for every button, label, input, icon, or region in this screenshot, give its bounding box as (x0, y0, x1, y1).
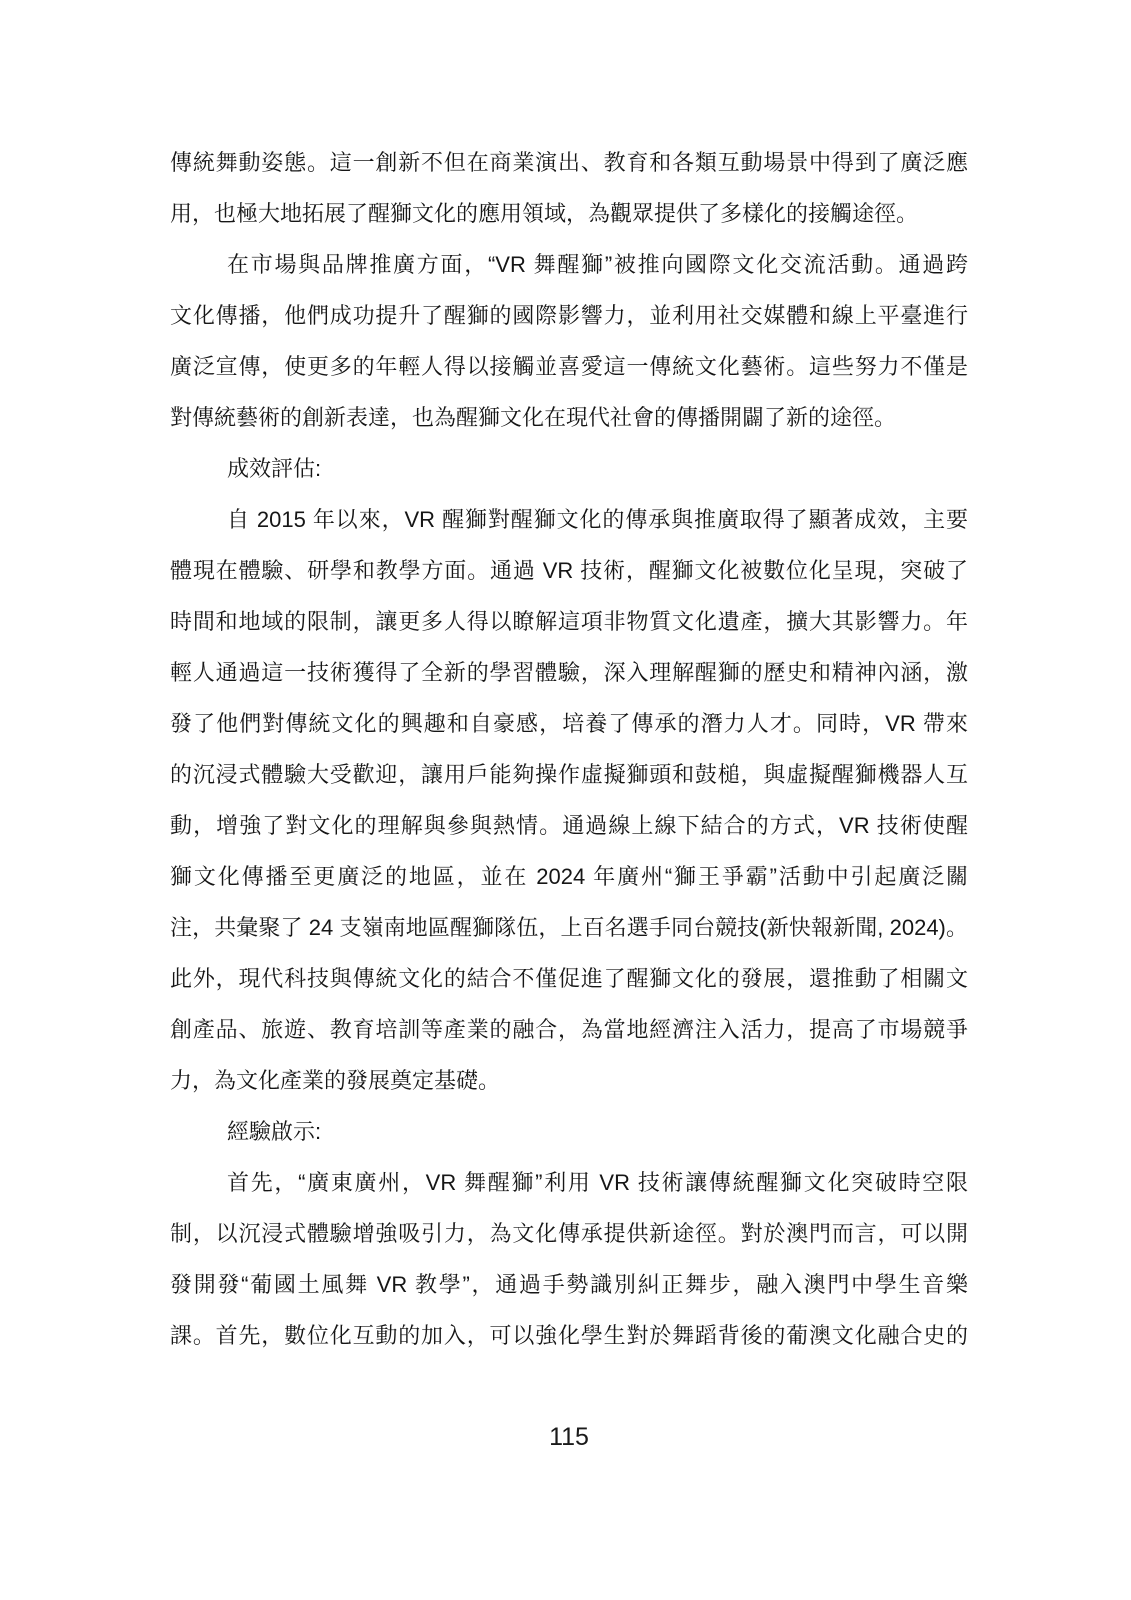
text-line: 發了他們對傳統文化的興趣和自豪感，培養了傳承的潛力人才。同時，VR 帶來 (170, 698, 968, 749)
page-footer: 115 (170, 1422, 968, 1452)
text-line: 注，共彙聚了 24 支嶺南地區醒獅隊伍，上百名選手同台競技(新快報新聞, 202… (170, 902, 968, 953)
text-line: 課。首先，數位化互動的加入，可以強化學生對於舞蹈背後的葡澳文化融合史的 (170, 1310, 968, 1361)
text-line: 自 2015 年以來，VR 醒獅對醒獅文化的傳承與推廣取得了顯著成效，主要 (170, 494, 968, 545)
text-line: 體現在體驗、研學和教學方面。通過 VR 技術，醒獅文化被數位化呈現，突破了 (170, 545, 968, 596)
text-line: 的沉浸式體驗大受歡迎，讓用戶能夠操作虛擬獅頭和鼓槌，與虛擬醒獅機器人互 (170, 749, 968, 800)
text-line: 發開發“葡國土風舞 VR 教學”，通過手勢識別糾正舞步，融入澳門中學生音樂 (170, 1259, 968, 1310)
text-line: 此外，現代科技與傳統文化的結合不僅促進了醒獅文化的發展，還推動了相關文 (170, 953, 968, 1004)
text-line: 力，為文化產業的發展奠定基礎。 (170, 1055, 968, 1106)
text-line: 獅文化傳播至更廣泛的地區，並在 2024 年廣州“獅王爭霸”活動中引起廣泛關 (170, 851, 968, 902)
page-number: 115 (549, 1423, 589, 1451)
text-line: 對傳統藝術的創新表達，也為醒獅文化在現代社會的傳播開闢了新的途徑。 (170, 392, 968, 443)
text-line: 用，也極大地拓展了醒獅文化的應用領域，為觀眾提供了多樣化的接觸途徑。 (170, 188, 968, 239)
text-line: 制，以沉浸式體驗增強吸引力，為文化傳承提供新途徑。對於澳門而言，可以開 (170, 1208, 968, 1259)
text-line: 時間和地域的限制，讓更多人得以瞭解這項非物質文化遺產，擴大其影響力。年 (170, 596, 968, 647)
text-line: 在市場與品牌推廣方面，“VR 舞醒獅”被推向國際文化交流活動。通過跨 (170, 239, 968, 290)
section-label-effectiveness: 成效評估: (170, 443, 968, 494)
text-line: 廣泛宣傳，使更多的年輕人得以接觸並喜愛這一傳統文化藝術。這些努力不僅是 (170, 341, 968, 392)
section-label-lessons: 經驗啟示: (170, 1106, 968, 1157)
text-line: 創產品、旅遊、教育培訓等產業的融合，為當地經濟注入活力，提高了市場競爭 (170, 1004, 968, 1055)
text-line: 文化傳播，他們成功提升了醒獅的國際影響力，並利用社交媒體和線上平臺進行 (170, 290, 968, 341)
document-page: 傳統舞動姿態。這一創新不但在商業演出、教育和各類互動場景中得到了廣泛應 用，也極… (0, 0, 1131, 1600)
text-line: 首先，“廣東廣州，VR 舞醒獅”利用 VR 技術讓傳統醒獅文化突破時空限 (170, 1157, 968, 1208)
text-line: 動，增強了對文化的理解與參與熱情。通過線上線下結合的方式，VR 技術使醒 (170, 800, 968, 851)
text-line: 輕人通過這一技術獲得了全新的學習體驗，深入理解醒獅的歷史和精神內涵，激 (170, 647, 968, 698)
text-line: 傳統舞動姿態。這一創新不但在商業演出、教育和各類互動場景中得到了廣泛應 (170, 137, 968, 188)
page-body-text: 傳統舞動姿態。這一創新不但在商業演出、教育和各類互動場景中得到了廣泛應 用，也極… (170, 137, 968, 1361)
